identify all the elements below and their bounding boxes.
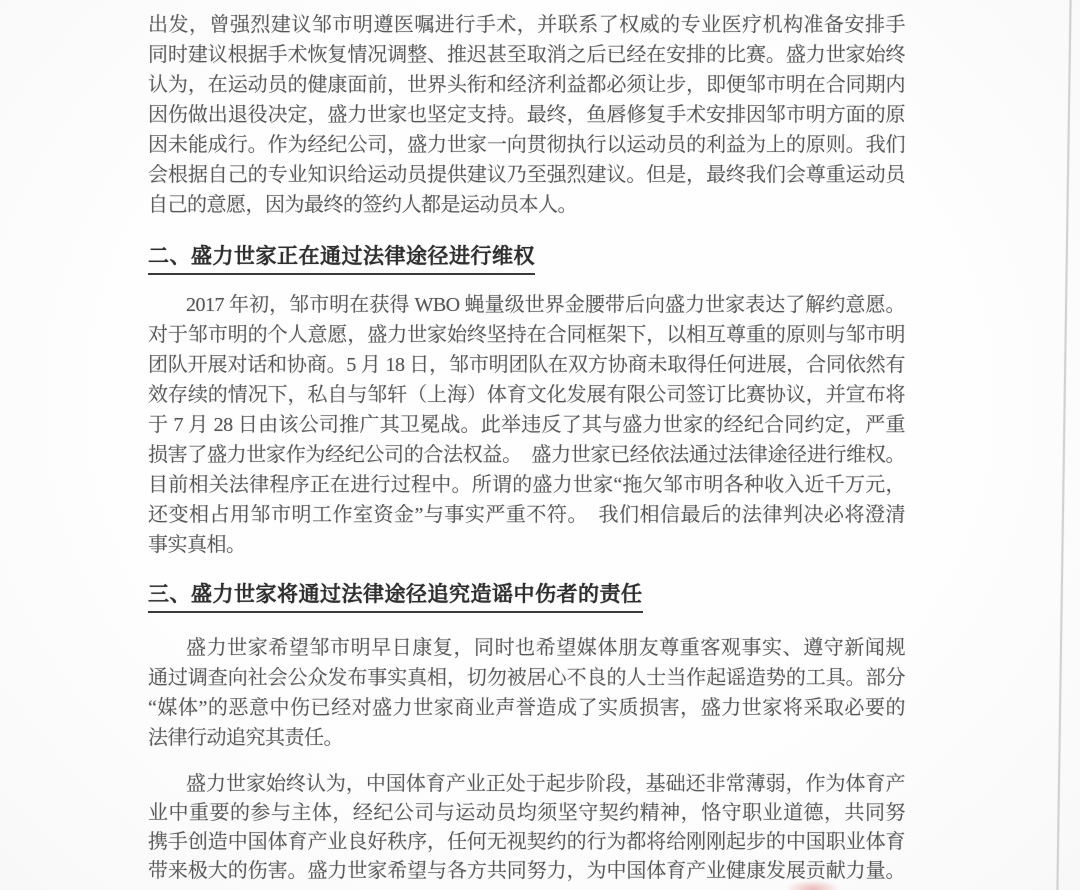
section-heading-3-text: 三、盛力世家将通过法律途径追究造谣中伤者的责任 (148, 578, 643, 613)
text-line: 自己的意愿，因为最终的签约人都是运动员本人。 (148, 190, 905, 220)
text-line: 事实真相。 (148, 530, 905, 560)
text-line: 因伤做出退役决定，盛力世家也坚定支持。最终，鱼唇修复手术安排因邹市明方面的原 (148, 100, 905, 130)
text-line: 法律行动追究其责任。 (148, 723, 905, 753)
text-line: 团队开展对话和协商。5 月 18 日，邹市明团队在双方协商未取得任何进展，合同依… (148, 350, 905, 380)
continuation-paragraph: 出发，曾强烈建议邹市明遵医嘱进行手术，并联系了权威的专业医疗机构准备安排手术， … (148, 10, 905, 220)
text-line: 2017 年初，邹市明在获得 WBO 蝇量级世界金腰带后向盛力世家表达了解约意愿… (148, 290, 905, 320)
text-line: 业中重要的参与主体，经纪公司与运动员均须坚守契约精神，恪守职业道德，共同努力， (148, 799, 905, 828)
section-heading-2-text: 二、盛力世家正在通过法律途径进行维权 (148, 240, 535, 275)
text-line: 还变相占用邹市明工作室资金”与事实严重不符。 我们相信最后的法律判决必将澄清 (148, 500, 905, 530)
text-line: 效存续的情况下，私自与邹轩（上海）体育文化发展有限公司签订比赛协议，并宣布将 (148, 380, 905, 410)
text-line: 对于邹市明的个人意愿，盛力世家始终坚持在合同框架下，以相互尊重的原则与邹市明 (148, 320, 905, 350)
text-line: 携手创造中国体育产业良好秩序，任何无视契约的行为都将给刚刚起步的中国职业体育 (148, 828, 905, 857)
text-line: 带来极大的伤害。盛力世家希望与各方共同努力，为中国体育产业健康发展贡献力量。 (148, 857, 905, 886)
text-line: 目前相关法律程序正在进行过程中。所谓的盛力世家“拖欠邹市明各种收入近千万元， (148, 470, 905, 500)
text-line: 会根据自己的专业知识给运动员提供建议乃至强烈建议。但是，最终我们会尊重运动员 (148, 160, 905, 190)
text-line: 认为，在运动员的健康面前，世界头衔和经济利益都必须让步，即便邹市明在合同期内 (148, 70, 905, 100)
scan-edge-line (1056, 0, 1071, 890)
text-line: 出发，曾强烈建议邹市明遵医嘱进行手术，并联系了权威的专业医疗机构准备安排手术， (148, 10, 905, 40)
text-line: 损害了盛力世家作为经纪公司的合法权益。 盛力世家已经依法通过法律途径进行维权。 (148, 440, 905, 470)
section-heading-3: 三、盛力世家将通过法律途径追究造谣中伤者的责任 (148, 578, 643, 613)
text-line: 盛力世家希望邹市明早日康复，同时也希望媒体朋友尊重客观事实、遵守新闻规范， (148, 633, 905, 663)
text-line: 通过调查向社会公众发布事实真相，切勿被居心不良的人士当作起谣造势的工具。部分 (148, 663, 905, 693)
text-line: 因未能成行。作为经纪公司，盛力世家一向贯彻执行以运动员的利益为上的原则。我们 (148, 130, 905, 160)
text-line: 盛力世家始终认为，中国体育产业正处于起步阶段，基础还非常薄弱，作为体育产 (148, 770, 905, 799)
section-heading-2: 二、盛力世家正在通过法律途径进行维权 (148, 240, 535, 275)
section-2-paragraph: 2017 年初，邹市明在获得 WBO 蝇量级世界金腰带后向盛力世家表达了解约意愿… (148, 290, 905, 560)
text-line: 于 7 月 28 日由该公司推广其卫冕战。此举违反了其与盛力世家的经纪合同约定，… (148, 410, 905, 440)
closing-paragraph: 盛力世家始终认为，中国体育产业正处于起步阶段，基础还非常薄弱，作为体育产 业中重… (148, 770, 905, 886)
scanned-document-page: 出发，曾强烈建议邹市明遵医嘱进行手术，并联系了权威的专业医疗机构准备安排手术， … (0, 0, 1080, 890)
text-line: “媒体”的恶意中伤已经对盛力世家商业声誉造成了实质损害，盛力世家将采取必要的 (148, 693, 905, 723)
section-3-paragraph-1: 盛力世家希望邹市明早日康复，同时也希望媒体朋友尊重客观事实、遵守新闻规范， 通过… (148, 633, 905, 753)
text-line: 同时建议根据手术恢复情况调整、推迟甚至取消之后已经在安排的比赛。盛力世家始终 (148, 40, 905, 70)
